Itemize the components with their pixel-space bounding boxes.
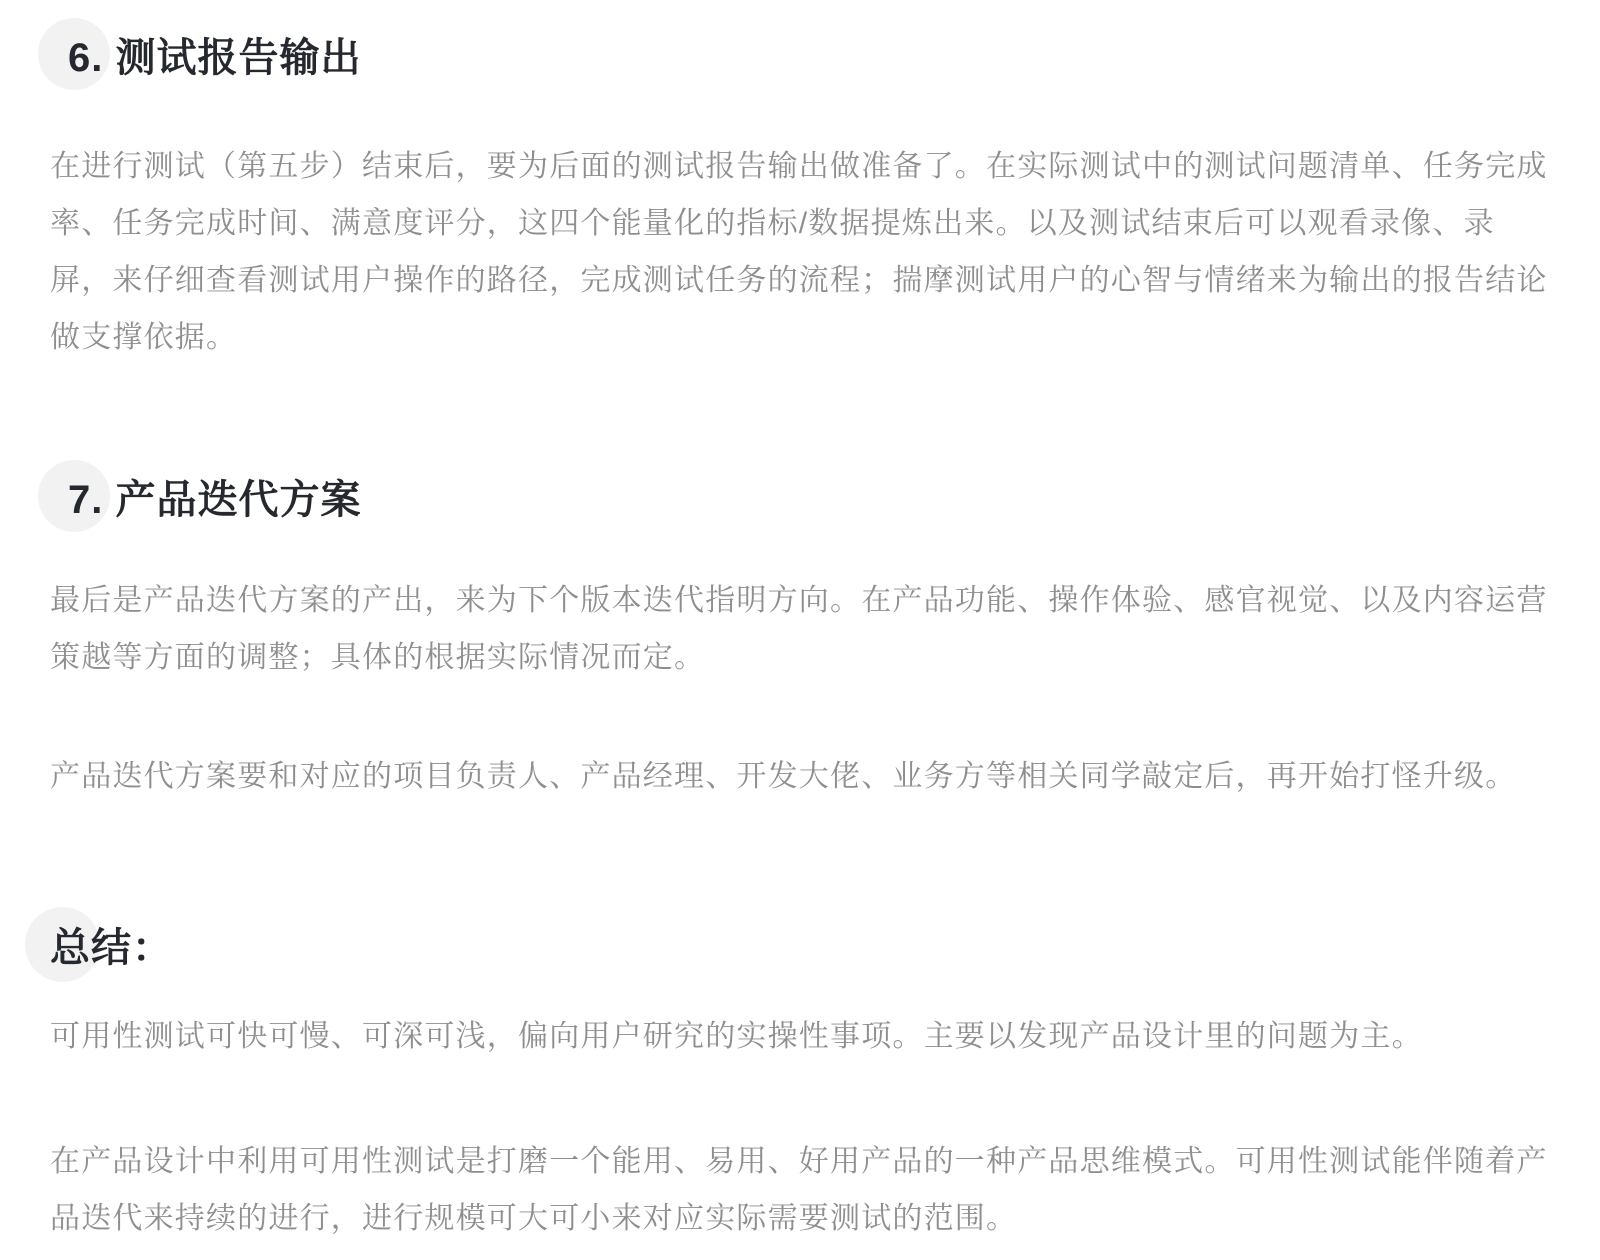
section-heading: 总结： <box>50 907 1550 982</box>
section-product-iteration-plan: 7. 产品迭代方案 最后是产品迭代方案的产出，来为下个版本迭代指明方向。在产品功… <box>50 460 1550 805</box>
section-title-text: 测试报告输出 <box>103 36 361 80</box>
section-heading: 6. 测试报告输出 <box>50 18 1550 90</box>
paragraph: 最后是产品迭代方案的产出，来为下个版本迭代指明方向。在产品功能、操作体验、感官视… <box>50 572 1550 686</box>
article-body: 6. 测试报告输出 在进行测试（第五步）结束后，要为后面的测试报告输出做准备了。… <box>0 18 1600 1247</box>
section-title: 7. 产品迭代方案 <box>50 468 361 525</box>
section-number: 6. <box>68 36 103 80</box>
page: 6. 测试报告输出 在进行测试（第五步）结束后，要为后面的测试报告输出做准备了。… <box>0 0 1600 1260</box>
section-summary: 总结： 可用性测试可快可慢、可深可浅，偏向用户研究的实操性事项。主要以发现产品设… <box>50 907 1550 1247</box>
section-title: 6. 测试报告输出 <box>50 26 361 83</box>
section-test-report-output: 6. 测试报告输出 在进行测试（第五步）结束后，要为后面的测试报告输出做准备了。… <box>50 18 1550 366</box>
paragraph: 产品迭代方案要和对应的项目负责人、产品经理、开发大佬、业务方等相关同学敲定后，再… <box>50 748 1550 805</box>
paragraph: 在进行测试（第五步）结束后，要为后面的测试报告输出做准备了。在实际测试中的测试问… <box>50 138 1550 366</box>
section-title: 总结： <box>50 916 173 973</box>
section-number: 7. <box>68 478 103 522</box>
paragraph: 可用性测试可快可慢、可深可浅，偏向用户研究的实操性事项。主要以发现产品设计里的问… <box>50 1008 1550 1065</box>
paragraph: 在产品设计中利用可用性测试是打磨一个能用、易用、好用产品的一种产品思维模式。可用… <box>50 1133 1550 1247</box>
section-heading: 7. 产品迭代方案 <box>50 460 1550 532</box>
section-title-text: 产品迭代方案 <box>103 478 361 522</box>
section-title-text: 总结： <box>50 926 173 970</box>
